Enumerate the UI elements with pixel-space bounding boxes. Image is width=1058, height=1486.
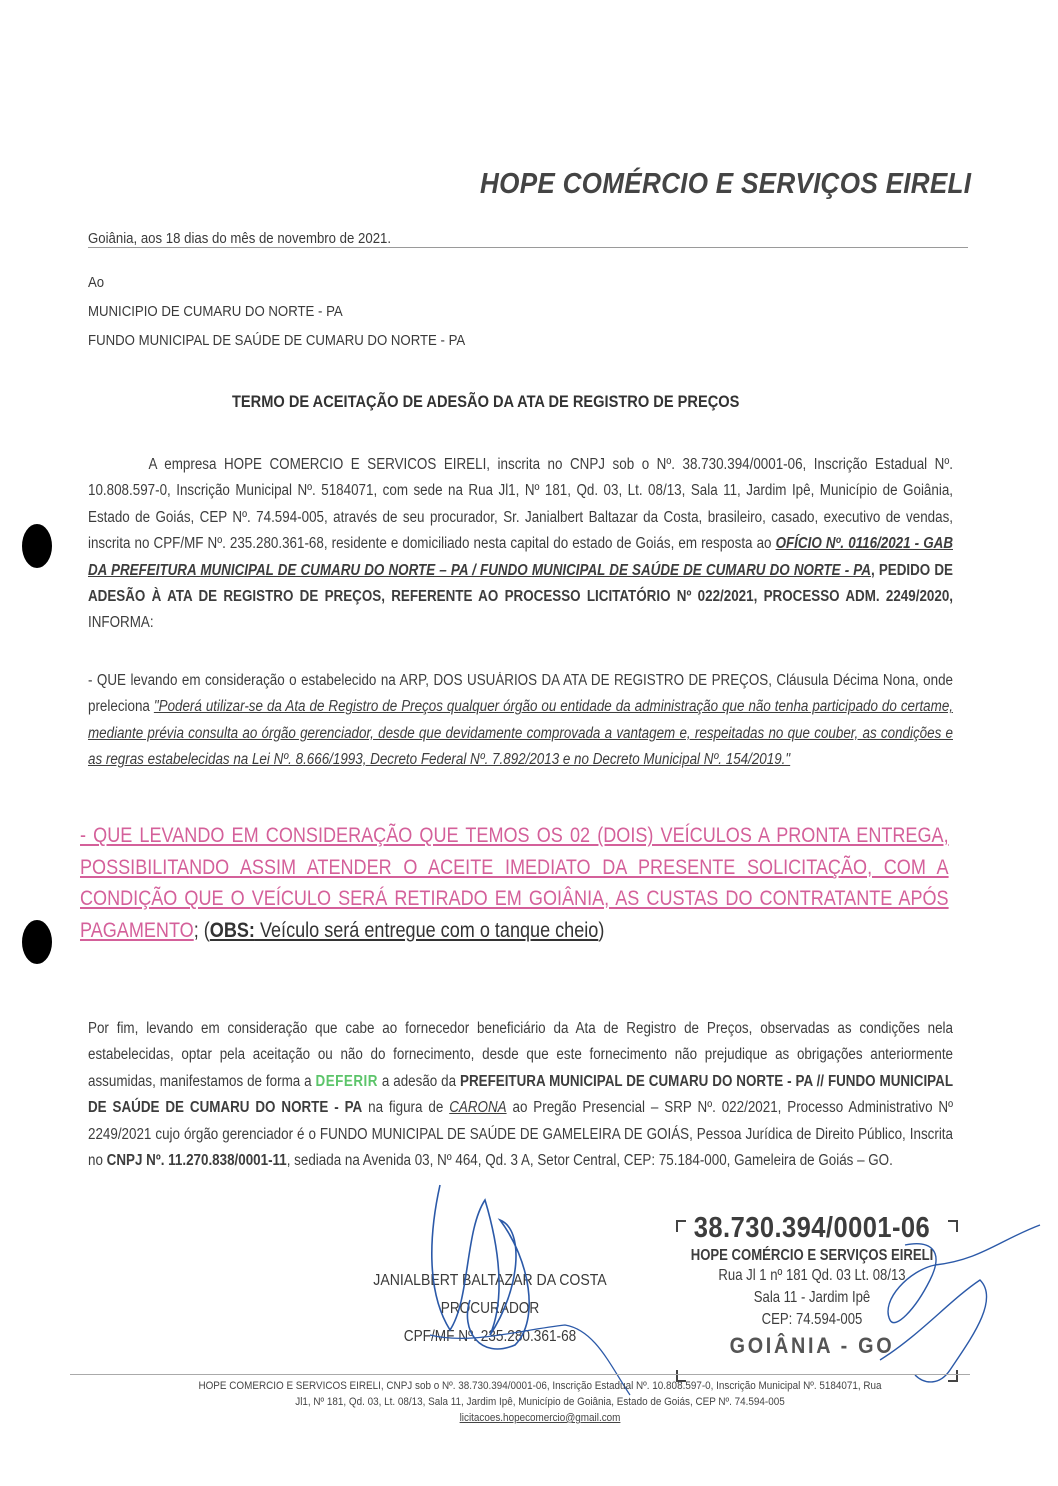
footer-line-1: HOPE COMERCIO E SERVICOS EIRELI, CNPJ so… <box>108 1378 972 1394</box>
footer: HOPE COMERCIO E SERVICOS EIRELI, CNPJ so… <box>60 1378 1020 1426</box>
signature-block: JANIALBERT BALTAZAR DA COSTA PROCURADOR … <box>330 1272 650 1346</box>
addressee-line-1: MUNICIPIO DE CUMARU DO NORTE - PA <box>88 303 343 320</box>
paragraph-4-part-2: a adesão da <box>378 1073 460 1090</box>
paragraph-company-identification: A empresa HOPE COMERCIO E SERVICOS EIREL… <box>88 452 953 637</box>
footer-divider <box>70 1374 970 1375</box>
punch-hole <box>22 920 52 964</box>
stamp-cnpj: 38.730.394/0001-06 <box>680 1212 944 1245</box>
paragraph-arp-clause: - QUE levando em consideração o estabele… <box>88 668 953 774</box>
stamp-corner-top-right <box>948 1220 958 1232</box>
stamp-street: Rua Jl 1 nº 181 Qd. 03 Lt. 08/13 <box>689 1265 935 1287</box>
stamp-company-name: HOPE COMÉRCIO E SERVIÇOS EIRELI <box>689 1247 935 1265</box>
obs-close: ) <box>598 919 604 942</box>
decision-deferir: DEFERIR <box>315 1073 377 1090</box>
clause-quote: "Poderá utilizar-se da Ata de Registro d… <box>88 698 953 768</box>
header-divider <box>88 247 968 248</box>
paragraph-1-closing: INFORMA: <box>88 614 154 631</box>
date-line: Goiânia, aos 18 dias do mês de novembro … <box>88 230 391 247</box>
addressee-line-2: FUNDO MUNICIPAL DE SAÚDE DE CUMARU DO NO… <box>88 332 465 349</box>
managing-entity-cnpj: CNPJ Nº. 11.270.838/0001-11 <box>107 1152 287 1169</box>
signatory-name: JANIALBERT BALTAZAR DA COSTA <box>349 1272 631 1290</box>
obs-text: Veículo será entregue com o tanque cheio <box>255 919 598 942</box>
stamp-corner-top-left <box>676 1220 686 1232</box>
signatory-cpf: CPF/MF Nº. 235.280.361-68 <box>349 1328 631 1346</box>
obs-note: ; (OBS: Veículo será entregue com o tanq… <box>194 919 605 942</box>
stamp-city: GOIÂNIA - GO <box>677 1333 947 1359</box>
footer-line-2: Jl1, Nº 181, Qd. 03, Lt. 08/13, Sala 11,… <box>108 1394 972 1410</box>
paragraph-decision: Por fim, levando em consideração que cab… <box>88 1016 953 1174</box>
obs-separator: ; ( <box>194 919 210 942</box>
footer-email-link[interactable]: licitacoes.hopecomercio@gmail.com <box>460 1412 621 1424</box>
addressee-salutation: Ao <box>88 274 104 291</box>
company-letterhead: HOPE COMÉRCIO E SERVIÇOS EIRELI <box>480 168 971 201</box>
carona-term: CARONA <box>449 1099 506 1116</box>
company-stamp: 38.730.394/0001-06 HOPE COMÉRCIO E SERVI… <box>662 1212 962 1359</box>
signatory-role: PROCURADOR <box>349 1300 631 1318</box>
stamp-cep: CEP: 74.594-005 <box>689 1309 935 1331</box>
paragraph-vehicle-availability: - QUE LEVANDO EM CONSIDERAÇÃO QUE TEMOS … <box>80 820 949 946</box>
stamp-room: Sala 11 - Jardim Ipê <box>689 1287 935 1309</box>
paragraph-4-part-5: , sediada na Avenida 03, Nº 464, Qd. 3 A… <box>287 1152 893 1169</box>
document-title: TERMO DE ACEITAÇÃO DE ADESÃO DA ATA DE R… <box>232 392 739 412</box>
obs-label: OBS: <box>210 919 255 942</box>
punch-hole <box>22 524 52 568</box>
paragraph-4-part-3: na figura de <box>362 1099 449 1116</box>
